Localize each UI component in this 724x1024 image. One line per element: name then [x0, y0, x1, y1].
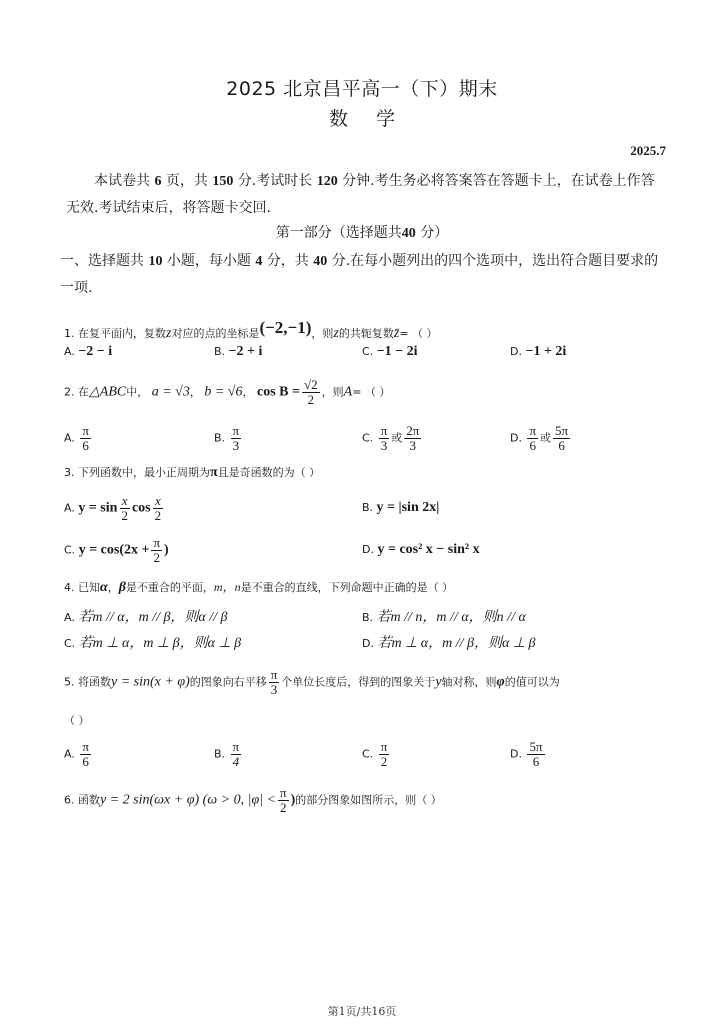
q2-option-c[interactable]: C. π3或2π3	[362, 424, 423, 453]
stem-text: = （ ）	[352, 386, 390, 399]
subject-title: 数学	[0, 104, 724, 131]
option-label: D.	[510, 345, 522, 358]
fraction: x2	[119, 494, 130, 523]
side-a: a = √3	[152, 385, 190, 400]
fraction: 5π6	[553, 424, 570, 453]
part1-title: 第一部分（选择题共40 分）	[0, 222, 724, 242]
part-text: 分）	[420, 225, 448, 241]
stem-text: 的共轭复数	[339, 327, 394, 340]
question-2-stem: 2. 在△ABC中， a = √3， b = √6， cos B =√22，则A…	[64, 378, 390, 407]
cos-b: cos B =	[257, 385, 300, 400]
numerator: π	[80, 424, 91, 439]
fraction: x2	[153, 494, 164, 523]
numerator: π	[231, 740, 242, 755]
question-4-stem: 4. 已知α，β是不重合的平面，m，n是不重合的直线，下列命题中正确的是（ ）	[64, 578, 453, 596]
or-text: 或	[540, 432, 551, 445]
option-label: C.	[64, 544, 75, 557]
option-value: 若m ⊥ α，m ⊥ β，则α ⊥ β	[79, 636, 241, 651]
option-label: C.	[362, 432, 373, 445]
question-5-paren: （ ）	[64, 712, 90, 728]
option-label: C.	[362, 345, 373, 358]
numerator: π	[269, 668, 280, 683]
stem-text: 的值可以为	[505, 676, 560, 689]
option-value: −2 − i	[78, 344, 112, 359]
fraction: π3	[379, 424, 390, 453]
part-text: 第一部分（选择题共	[276, 225, 402, 241]
option-label: A.	[64, 748, 75, 761]
intro-paragraph: 本试卷共 6 页，共 150 分.考试时长 120 分钟.考生务必将答案答在答题…	[66, 168, 666, 222]
alpha: α	[100, 580, 108, 595]
stem-text: 个单位长度后，得到的图象关于	[281, 676, 435, 689]
q3-option-a[interactable]: A. y = sinx2cosx2	[64, 494, 165, 523]
triangle: △ABC	[89, 385, 126, 400]
fraction: π3	[269, 668, 280, 697]
denominator: 6	[531, 755, 542, 769]
beta: β	[119, 580, 126, 595]
phi: φ	[497, 675, 505, 690]
exam-duration: 120	[317, 174, 338, 189]
option-label: A.	[64, 611, 75, 624]
fraction: 2π3	[404, 424, 421, 453]
q5-option-c[interactable]: C. π2	[362, 740, 391, 769]
fraction: π3	[231, 424, 242, 453]
option-label: B.	[362, 501, 373, 514]
stem-text: 的部分图象如图所示，则（ ）	[295, 794, 442, 807]
q4-option-c[interactable]: C. 若m ⊥ α，m ⊥ β，则α ⊥ β	[64, 632, 241, 652]
fraction: π4	[231, 740, 242, 769]
q3-option-b[interactable]: B. y = |sin 2x|	[362, 500, 439, 516]
section-total: 40	[313, 254, 327, 269]
denominator: 3	[408, 439, 419, 453]
numerator: 5π	[527, 740, 544, 755]
intro-text: 页，共	[166, 173, 208, 189]
numerator: 5π	[553, 424, 570, 439]
stem-text: 5. 将函数	[64, 676, 111, 689]
option-label: D.	[362, 543, 374, 556]
q5-option-b[interactable]: B. π4	[214, 740, 243, 769]
stem-text: ，则	[311, 327, 333, 340]
denominator: 6	[556, 439, 567, 453]
numerator: π	[231, 424, 242, 439]
q3-option-d[interactable]: D. y = cos² x − sin² x	[362, 542, 480, 558]
numerator: π	[379, 424, 390, 439]
stem-text: 是不重合的平面，	[126, 581, 214, 594]
stem-text: 的图象向右平移	[190, 676, 267, 689]
denominator: 2	[278, 801, 289, 815]
exam-title: 2025 北京昌平高一（下）期末	[0, 74, 724, 101]
intro-text: 分.考试时长	[238, 173, 312, 189]
denominator: 6	[80, 755, 91, 769]
numerator: π	[278, 786, 289, 801]
q4-option-d[interactable]: D. 若m ⊥ α，m // β，则α ⊥ β	[362, 632, 536, 652]
stem-text: ，则	[322, 386, 344, 399]
numerator: √2	[302, 378, 320, 393]
coordinate: (−2,−1)	[259, 318, 311, 337]
q5-option-d[interactable]: D. 5π6	[510, 740, 547, 769]
option-label: A.	[64, 502, 75, 515]
option-value: −1 + 2i	[525, 344, 566, 359]
question-5-stem: 5. 将函数y = sin(x + φ)的图象向右平移π3个单位长度后，得到的图…	[64, 668, 560, 697]
option-label: C.	[362, 748, 373, 761]
expr: y = cos(2x +	[79, 543, 150, 558]
stem-text: 2. 在	[64, 386, 89, 399]
angle-a: A	[344, 385, 353, 400]
option-value: 若m // α，m // β，则α // β	[78, 610, 227, 625]
numerator: x	[120, 494, 130, 509]
q1-option-d[interactable]: D. −1 + 2i	[510, 344, 566, 360]
lines-mn: m，n	[214, 580, 241, 594]
side-b: b = √6	[204, 385, 242, 400]
denominator: 3	[379, 439, 390, 453]
option-label: B.	[214, 345, 225, 358]
fraction: π6	[80, 424, 91, 453]
total-score: 150	[212, 174, 233, 189]
pi: π	[210, 465, 218, 480]
option-label: A.	[64, 432, 75, 445]
q5-option-a[interactable]: A. π6	[64, 740, 93, 769]
option-label: B.	[214, 432, 225, 445]
stem-text: 6. 函数	[64, 794, 100, 807]
fraction: π6	[527, 424, 538, 453]
instr-text: 分，共	[267, 253, 309, 269]
fraction: π2	[278, 786, 289, 815]
option-value: 若m ⊥ α，m // β，则α ⊥ β	[377, 636, 535, 651]
section-instructions: 一、选择题共 10 小题，每小题 4 分，共 40 分.在每小题列出的四个选项中…	[60, 248, 670, 302]
q2-option-a[interactable]: A. π6	[64, 424, 93, 453]
q2-option-b[interactable]: B. π3	[214, 424, 243, 453]
question-1-stem: 1. 在复平面内，复数z对应的点的坐标是(−2,−1)，则z的共轭复数z̄= （…	[64, 318, 438, 342]
expr: )	[164, 543, 169, 558]
q1-option-a[interactable]: A. −2 − i	[64, 344, 112, 360]
option-label: B.	[214, 748, 225, 761]
fraction: π2	[151, 536, 162, 565]
option-label: C.	[64, 637, 75, 650]
denominator: 6	[80, 439, 91, 453]
option-value: y = cos² x − sin² x	[377, 542, 479, 557]
page-footer: 第1页/共16页	[0, 1003, 724, 1019]
stem-text: 是不重合的直线，下列命题中正确的是（ ）	[241, 581, 454, 594]
denominator: 6	[528, 439, 539, 453]
fraction: π6	[80, 740, 91, 769]
subject-char-1: 数	[329, 108, 348, 130]
or-text: 或	[391, 432, 402, 445]
denominator: 2	[379, 755, 390, 769]
numerator: π	[379, 740, 390, 755]
denominator: 3	[269, 683, 280, 697]
subject-char-2: 学	[376, 108, 395, 130]
option-value: −2 + i	[229, 344, 263, 359]
option-label: A.	[64, 345, 75, 358]
stem-text: 中，	[126, 386, 148, 399]
fraction: √22	[302, 378, 320, 407]
question-3-stem: 3. 下列函数中，最小正周期为π且是奇函数的为（ ）	[64, 464, 320, 481]
stem-text: 对应的点的坐标是	[171, 327, 259, 340]
option-value: y = |sin 2x|	[377, 500, 440, 515]
per-question-score: 4	[255, 254, 262, 269]
numerator: x	[153, 494, 163, 509]
numerator: π	[527, 424, 538, 439]
q1-option-b[interactable]: B. −2 + i	[214, 344, 262, 360]
stem-text: 1. 在复平面内，复数	[64, 327, 166, 340]
instr-text: 一、选择题共	[60, 253, 144, 269]
q2-option-d[interactable]: D. π6或5π6	[510, 424, 572, 453]
function-expr: y = sin(x + φ)	[111, 675, 190, 690]
stem-text: 轴对称，则	[442, 676, 497, 689]
numerator: π	[80, 740, 91, 755]
q4-option-a[interactable]: A. 若m // α，m // β，则α // β	[64, 606, 228, 626]
function-expr: y = 2 sin(ωx + φ) (ω > 0, |φ| <	[100, 793, 276, 808]
exam-date: 2025.7	[630, 143, 666, 159]
numerator: 2π	[404, 424, 421, 439]
option-label: D.	[362, 637, 374, 650]
option-value: −1 − 2i	[377, 344, 418, 359]
stem-text: 3. 下列函数中，最小正周期为	[64, 466, 210, 479]
denominator: 2	[306, 393, 317, 407]
page-count: 6	[154, 174, 161, 189]
expr: cos	[132, 501, 151, 516]
q1-option-c[interactable]: C. −1 − 2i	[362, 344, 418, 360]
intro-text: 本试卷共	[94, 173, 150, 189]
q4-option-b[interactable]: B. 若m // n，m // α，则n // α	[362, 606, 526, 626]
expr: y = sin	[78, 501, 117, 516]
denominator: 2	[119, 509, 130, 523]
option-value: 若m // n，m // α，则n // α	[377, 610, 526, 625]
stem-text: ，	[108, 581, 119, 594]
part-score: 40	[402, 226, 416, 241]
stem-text: = （ ）	[399, 327, 437, 340]
denominator: 2	[153, 509, 164, 523]
denominator: 4	[231, 755, 242, 769]
fraction: 5π6	[527, 740, 544, 769]
stem-text: 4. 已知	[64, 581, 100, 594]
stem-text: 且是奇函数的为（ ）	[218, 466, 321, 479]
numerator: π	[151, 536, 162, 551]
option-label: D.	[510, 432, 522, 445]
question-count: 10	[148, 254, 162, 269]
denominator: 3	[231, 439, 242, 453]
q3-option-c[interactable]: C. y = cos(2x +π2)	[64, 536, 169, 565]
option-label: D.	[510, 748, 522, 761]
option-label: B.	[362, 611, 373, 624]
denominator: 2	[152, 551, 163, 565]
fraction: π2	[379, 740, 390, 769]
question-6-stem: 6. 函数y = 2 sin(ωx + φ) (ω > 0, |φ| <π2)的…	[64, 786, 442, 815]
instr-text: 小题，每小题	[167, 253, 251, 269]
